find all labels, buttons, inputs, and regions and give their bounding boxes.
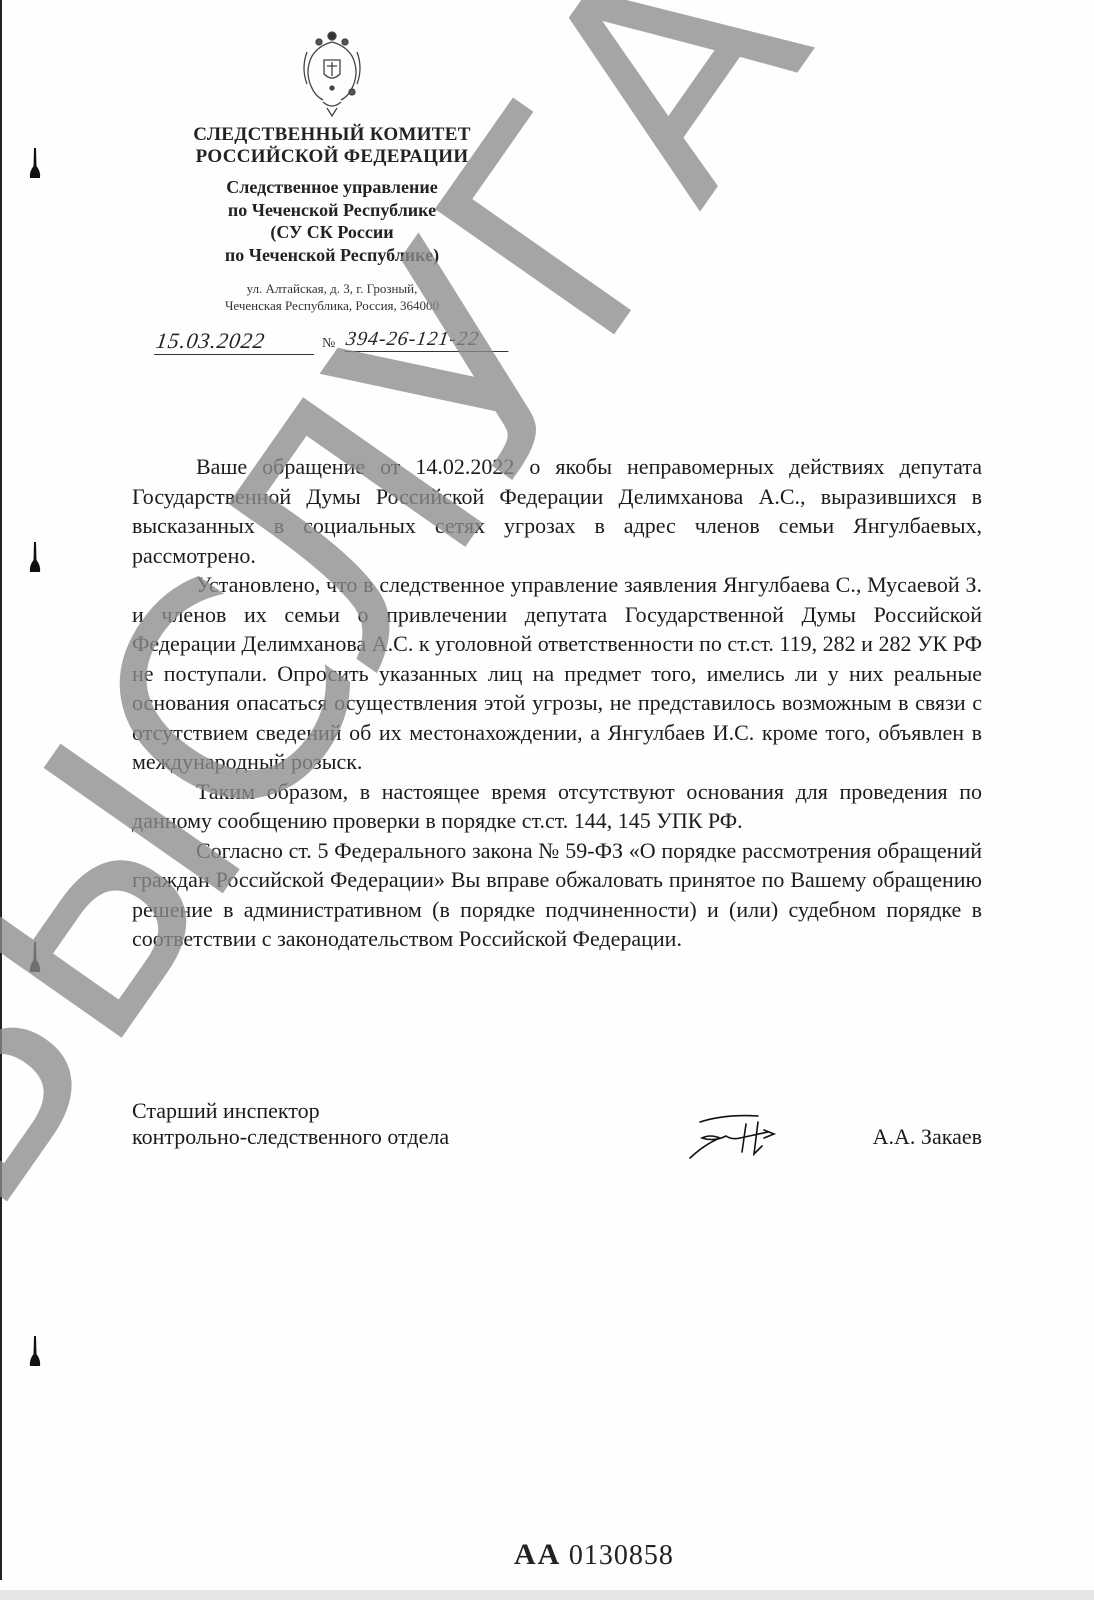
organization-line: РОССИЙСКОЙ ФЕДЕРАЦИИ	[152, 146, 512, 168]
handwritten-signature-icon	[680, 1108, 790, 1162]
department-line: (СУ СК России	[152, 221, 512, 244]
signatory-title-line: контрольно-следственного отдела	[132, 1124, 449, 1150]
document-page: СЛЕДСТВЕННЫЙ КОМИТЕТ РОССИЙСКОЙ ФЕДЕРАЦИ…	[0, 0, 1094, 1580]
serial-number: 0130858	[569, 1540, 674, 1571]
coat-of-arms-icon	[297, 28, 367, 118]
margin-mark-icon	[28, 942, 42, 976]
paragraph: Ваше обращение от 14.02.2022 о якобы неп…	[132, 452, 982, 570]
signatory-title-line: Старший инспектор	[132, 1098, 449, 1124]
organization-line: СЛЕДСТВЕННЫЙ КОМИТЕТ	[152, 124, 512, 146]
address-line: Чеченская Республика, Россия, 364000	[152, 297, 512, 314]
paragraph: Согласно ст. 5 Федерального закона № 59-…	[132, 836, 982, 954]
form-serial-number: АА 0130858	[514, 1538, 674, 1572]
signatory-name: А.А. Закаев	[873, 1124, 982, 1150]
signatory-title: Старший инспектор контрольно-следственно…	[132, 1098, 449, 1150]
letter-body: Ваше обращение от 14.02.2022 о якобы неп…	[132, 452, 982, 954]
paragraph: Установлено, что в следственное управлен…	[132, 570, 982, 777]
registration-number-label: №	[322, 336, 335, 352]
signature-block: Старший инспектор контрольно-следственно…	[132, 1098, 982, 1158]
margin-mark-icon	[28, 542, 42, 576]
registration-date: 15.03.2022	[154, 328, 318, 355]
paragraph: Таким образом, в настоящее время отсутст…	[132, 777, 982, 836]
department-line: по Чеченской Республике)	[152, 244, 512, 267]
margin-mark-icon	[28, 1336, 42, 1370]
department-name: Следственное управление по Чеченской Рес…	[152, 176, 512, 266]
serial-prefix: АА	[514, 1538, 561, 1571]
letterhead: СЛЕДСТВЕННЫЙ КОМИТЕТ РОССИЙСКОЙ ФЕДЕРАЦИ…	[152, 28, 512, 314]
margin-mark-icon	[28, 148, 42, 182]
address: ул. Алтайская, д. 3, г. Грозный, Чеченск…	[152, 280, 512, 314]
organization-name: СЛЕДСТВЕННЫЙ КОМИТЕТ РОССИЙСКОЙ ФЕДЕРАЦИ…	[152, 124, 512, 168]
registration-number: 394-26-121-22	[344, 328, 511, 352]
department-line: Следственное управление	[152, 176, 512, 199]
registration-line: 15.03.2022 № 394-26-121-22	[150, 328, 510, 358]
page-bottom-edge	[0, 1590, 1094, 1600]
department-line: по Чеченской Республике	[152, 199, 512, 222]
address-line: ул. Алтайская, д. 3, г. Грозный,	[152, 280, 512, 297]
